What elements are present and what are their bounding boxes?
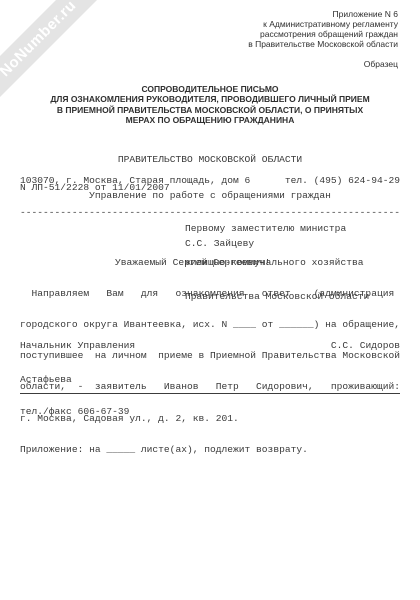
title-line: МЕРАХ ПО ОБРАЩЕНИЮ ГРАЖДАНИНА xyxy=(10,115,410,125)
annex-line: к Административному регламенту xyxy=(20,19,398,29)
title-line: СОПРОВОДИТЕЛЬНОЕ ПИСЬМО xyxy=(10,84,410,94)
signer-position: Начальник Управления xyxy=(20,340,135,351)
executor-name: Астафьева xyxy=(20,375,129,386)
sample-label: Образец xyxy=(20,59,398,69)
annex-line: рассмотрения обращений граждан xyxy=(20,29,398,39)
addressee-name: С.С. Зайцеву xyxy=(185,238,254,249)
bottom-divider xyxy=(20,393,400,394)
annex-line: Приложение N 6 xyxy=(20,9,398,19)
annex-reference-block: Приложение N 6 к Административному регла… xyxy=(20,9,398,49)
executor-block: Астафьева тел./факс 606-67-39 xyxy=(20,354,129,438)
title-line: ДЛЯ ОЗНАКОМЛЕНИЯ РУКОВОДИТЕЛЯ, ПРОВОДИВШ… xyxy=(10,94,410,104)
reference-number: N ЛП-51/2228 от 11/01/2007 xyxy=(20,182,170,193)
title-line: В ПРИЕМНОЙ ПРАВИТЕЛЬСТВА МОСКОВСКОЙ ОБЛА… xyxy=(10,105,410,115)
body-line: Направляем Вам для ознакомления ответ (а… xyxy=(20,289,400,299)
salutation: Уважаемый Сергей Сергеевич! xyxy=(115,257,270,268)
executor-phone: тел./факс 606-67-39 xyxy=(20,407,129,418)
body-line: городского округа Ивантеевка, исх. N ___… xyxy=(20,320,400,330)
signature-row: Начальник Управления С.С. Сидоров xyxy=(20,340,400,351)
signer-name: С.С. Сидоров xyxy=(331,340,400,351)
body-line: Приложение: на _____ листе(ах), подлежит… xyxy=(20,445,400,455)
annex-line: в Правительстве Московской области xyxy=(20,39,398,49)
document-page: NoNumber.ru Приложение N 6 к Администрат… xyxy=(0,0,420,600)
document-title: СОПРОВОДИТЕЛЬНОЕ ПИСЬМО ДЛЯ ОЗНАКОМЛЕНИЯ… xyxy=(10,84,410,125)
addressee-line: Первому заместителю министра xyxy=(185,223,369,234)
